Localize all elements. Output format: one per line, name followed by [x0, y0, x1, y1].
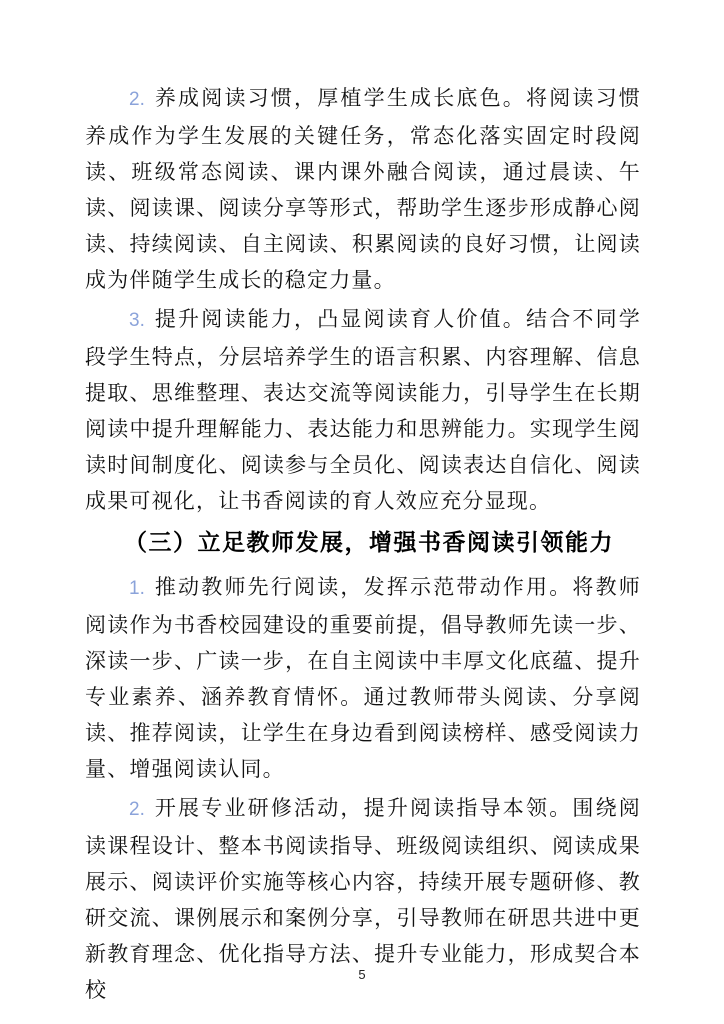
paragraph-text: 提升阅读能力，凸显阅读育人价值。结合不同学段学生特点，分层培养学生的语言积累、内…	[85, 307, 641, 513]
page-number: 5	[0, 967, 724, 982]
paragraph: 2.养成阅读习惯，厚植学生成长底色。将阅读习惯养成作为学生发展的关键任务，常态化…	[85, 80, 641, 298]
section-heading: （三）立足教师发展，增强书香阅读引领能力	[85, 527, 641, 559]
list-number: 1.	[129, 578, 145, 599]
paragraph-text: 推动教师先行阅读，发挥示范带动作用。将教师阅读作为书香校园建设的重要前提，倡导教…	[85, 575, 641, 781]
paragraph-text: 养成阅读习惯，厚植学生成长底色。将阅读习惯养成作为学生发展的关键任务，常态化落实…	[85, 86, 641, 292]
document-page: 2.养成阅读习惯，厚植学生成长底色。将阅读习惯养成作为学生发展的关键任务，常态化…	[0, 0, 724, 1024]
list-number: 2.	[129, 89, 145, 110]
document-body: 2.养成阅读习惯，厚植学生成长底色。将阅读习惯养成作为学生发展的关键任务，常态化…	[85, 80, 641, 1011]
list-number: 2.	[129, 799, 145, 820]
paragraph: 1.推动教师先行阅读，发挥示范带动作用。将教师阅读作为书香校园建设的重要前提，倡…	[85, 569, 641, 787]
list-number: 3.	[129, 310, 145, 331]
paragraph: 3.提升阅读能力，凸显阅读育人价值。结合不同学段学生特点，分层培养学生的语言积累…	[85, 301, 641, 519]
